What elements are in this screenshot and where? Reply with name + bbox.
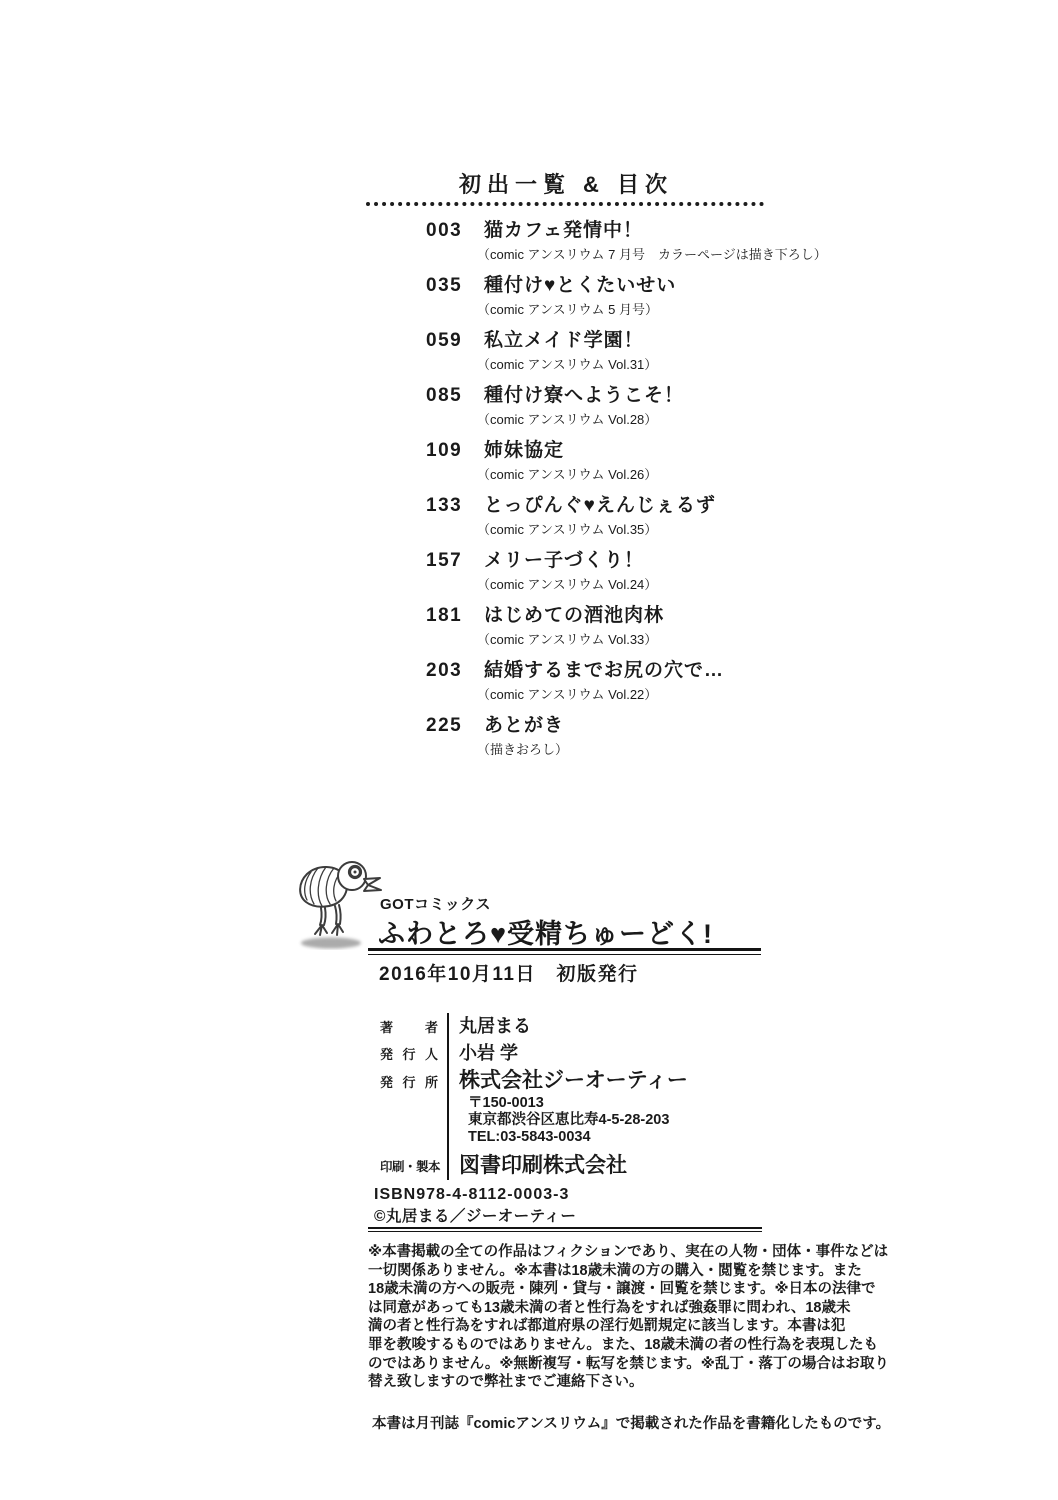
- toc-entry-title: 種付け寮へようこそ！: [484, 386, 684, 406]
- toc-entry-title: 結婚するまでお尻の穴で…: [484, 661, 724, 681]
- credit-row-author: 著者 丸居まる: [380, 1013, 688, 1040]
- credit-value: 小岩 学: [447, 1040, 518, 1067]
- toc-page-number: 109: [426, 441, 467, 461]
- toc-page-number: 003: [426, 221, 467, 241]
- toc-page-number: 157: [426, 551, 467, 571]
- publisher-bird-icon: [291, 854, 383, 950]
- toc-heading: 初出一覧 & 目次: [368, 168, 764, 199]
- book-colophon-page: 初出一覧 & 目次 003猫カフェ発情中！ （comic アンスリウム 7 月号…: [0, 0, 1058, 1500]
- toc-entry-source: （comic アンスリウム 5 月号）: [477, 302, 768, 317]
- credit-label: 著者: [380, 1017, 447, 1036]
- toc-entry-source: （描きおろし）: [477, 742, 768, 757]
- toc-entry-source: （comic アンスリウム Vol.33）: [477, 632, 768, 647]
- toc-entry-title: とっぴんぐ♥えんじぇるず: [484, 496, 716, 516]
- toc-entry-source: （comic アンスリウム Vol.35）: [477, 522, 768, 537]
- toc-entry-title: 私立メイド学園！: [484, 331, 644, 351]
- toc-entry-title: 種付け♥とくたいせい: [484, 276, 676, 296]
- toc-page-number: 203: [426, 661, 467, 681]
- toc-entry-source: （comic アンスリウム Vol.26）: [477, 467, 768, 482]
- toc-page-number: 059: [426, 331, 467, 351]
- disclaimer-line: 一切関係ありません。※本書は18歳未満の方の購入・閲覧を禁じます。また: [368, 1262, 768, 1281]
- toc-entry: 035種付け♥とくたいせい （comic アンスリウム 5 月号）: [368, 276, 768, 317]
- toc-entry: 109姉妹協定 （comic アンスリウム Vol.26）: [368, 441, 768, 482]
- disclaimer-line: のではありません。※無断複写・転写を禁じます。※乱丁・落丁の場合はお取り: [368, 1355, 768, 1374]
- title-rule: [368, 948, 761, 955]
- toc-list: 003猫カフェ発情中！ （comic アンスリウム 7 月号 カラーページは描き…: [368, 221, 768, 771]
- toc-page-number: 035: [426, 276, 467, 296]
- toc-page-number: 181: [426, 606, 467, 626]
- disclaimer-line: は同意があっても13歳未満の者と性行為をすれば強姦罪に問われ、18歳未: [368, 1299, 768, 1318]
- credit-value: 丸居まる: [447, 1013, 531, 1040]
- toc-entry-source: （comic アンスリウム 7 月号 カラーページは描き下ろし）: [477, 247, 768, 262]
- toc-entry: 059私立メイド学園！ （comic アンスリウム Vol.31）: [368, 331, 768, 372]
- credit-row-address: 〒150-0013 東京都渋谷区恵比寿4-5-28-203 TEL:03-584…: [380, 1095, 688, 1152]
- toc-entry-title: 姉妹協定: [484, 441, 564, 461]
- credit-row-publisher-company: 発行所 株式会社ジーオーティー: [380, 1067, 688, 1095]
- toc-entry-title: あとがき: [484, 716, 564, 736]
- credit-value: 図書印刷株式会社: [447, 1152, 627, 1180]
- disclaimer-line: 満の者と性行為をすれば都道府県の淫行処罰規定に該当します。本書は犯: [368, 1317, 768, 1336]
- address-street: 東京都渋谷区恵比寿4-5-28-203: [468, 1112, 669, 1129]
- dotted-divider: [366, 202, 764, 206]
- copyright: ©丸居まる／ジーオーティー: [374, 1204, 576, 1226]
- book-title: ふわとろ♥受精ちゅーどく!: [378, 912, 713, 951]
- credit-row-publisher-person: 発行人 小岩 学: [380, 1040, 688, 1067]
- credit-row-printer: 印刷・製本 図書印刷株式会社: [380, 1152, 688, 1180]
- toc-entry: 133とっぴんぐ♥えんじぇるず （comic アンスリウム Vol.35）: [368, 496, 768, 537]
- toc-entry-source: （comic アンスリウム Vol.22）: [477, 687, 768, 702]
- address-tel: TEL:03-5843-0034: [468, 1129, 669, 1146]
- imprint-label: GOTコミックス: [380, 893, 491, 914]
- toc-entry-source: （comic アンスリウム Vol.28）: [477, 412, 768, 427]
- publisher-address: 〒150-0013 東京都渋谷区恵比寿4-5-28-203 TEL:03-584…: [447, 1095, 669, 1152]
- credit-value: 株式会社ジーオーティー: [447, 1067, 688, 1095]
- credit-label: 印刷・製本: [380, 1157, 447, 1175]
- disclaimer: ※本書掲載の全ての作品はフィクションであり、実在の人物・団体・事件などは 一切関…: [368, 1243, 768, 1392]
- credits-table: 著者 丸居まる 発行人 小岩 学 発行所 株式会社ジーオーティー 〒150-00…: [380, 1013, 688, 1180]
- toc-entry: 203結婚するまでお尻の穴で… （comic アンスリウム Vol.22）: [368, 661, 768, 702]
- disclaimer-line: 罪を教唆するものではありません。また、18歳未満の者の性行為を表現したも: [368, 1336, 768, 1355]
- isbn: ISBN978-4-8112-0003-3: [374, 1186, 569, 1204]
- toc-entry: 085種付け寮へようこそ！ （comic アンスリウム Vol.28）: [368, 386, 768, 427]
- toc-entry: 157メリー子づくり！ （comic アンスリウム Vol.24）: [368, 551, 768, 592]
- credit-label: 発行人: [380, 1044, 447, 1063]
- toc-page-number: 133: [426, 496, 467, 516]
- edition-date: 2016年10月11日 初版発行: [379, 959, 639, 986]
- toc-entry: 181はじめての酒池肉林 （comic アンスリウム Vol.33）: [368, 606, 768, 647]
- toc-entry-title: はじめての酒池肉林: [484, 606, 664, 626]
- toc-entry-title: メリー子づくり！: [484, 551, 644, 571]
- toc-entry-title: 猫カフェ発情中！: [484, 221, 643, 241]
- disclaimer-line: 18歳未満の方への販売・陳列・貸与・譲渡・回覧を禁じます。※日本の法律で: [368, 1280, 768, 1299]
- address-postal: 〒150-0013: [468, 1095, 669, 1112]
- disclaimer-line: ※本書掲載の全ての作品はフィクションであり、実在の人物・団体・事件などは: [368, 1243, 768, 1262]
- toc-entry: 225あとがき （描きおろし）: [368, 716, 768, 757]
- book-note: 本書は月刊誌『comicアンスリウム』で掲載された作品を書籍化したものです。: [372, 1412, 890, 1433]
- credit-label: 発行所: [380, 1072, 447, 1091]
- toc-page-number: 225: [426, 716, 467, 736]
- toc-entry: 003猫カフェ発情中！ （comic アンスリウム 7 月号 カラーページは描き…: [368, 221, 768, 262]
- toc-entry-source: （comic アンスリウム Vol.31）: [477, 357, 768, 372]
- toc-page-number: 085: [426, 386, 467, 406]
- toc-entry-source: （comic アンスリウム Vol.24）: [477, 577, 768, 592]
- double-rule: [368, 1227, 762, 1232]
- disclaimer-line: 替え致しますので弊社までご連絡下さい。: [368, 1373, 768, 1392]
